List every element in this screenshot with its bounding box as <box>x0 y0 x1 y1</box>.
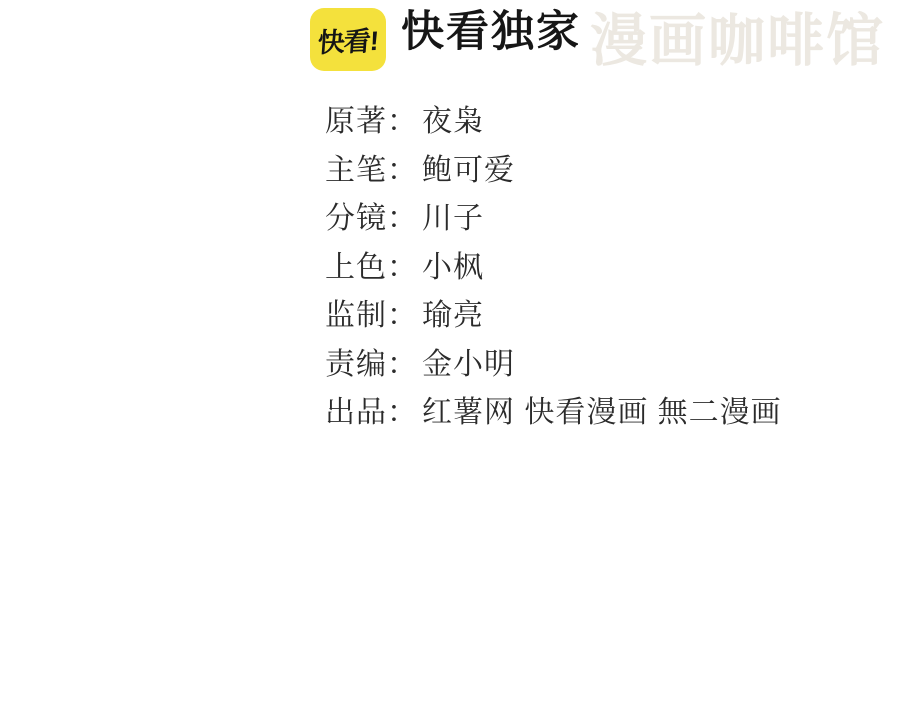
credit-name-value: 瑜亮 <box>422 299 484 332</box>
credit-name-value: 夜枭 <box>422 105 484 138</box>
kuaikan-app-logo: 快看! <box>310 8 386 71</box>
credit-name-value: 金小明 <box>422 348 515 381</box>
credits-list: 原著：夜枭 主笔：鲍可爱 分镜：川子 上色：小枫 监制：瑜亮 责编：金小明 <box>325 98 782 438</box>
credit-row: 监制：瑜亮 <box>325 292 782 341</box>
credit-role-label: 责编 <box>325 348 387 381</box>
credit-role-label: 出品 <box>325 396 387 429</box>
credit-colon: ： <box>387 251 418 284</box>
credit-row: 主笔：鲍可爱 <box>325 147 782 196</box>
credit-name-value: 川子 <box>422 202 484 235</box>
credit-row: 出品：红薯网 快看漫画 無二漫画 <box>325 389 782 438</box>
credit-colon: ： <box>387 154 418 187</box>
credit-role-label: 主笔 <box>325 154 387 187</box>
credit-row: 分镜：川子 <box>325 195 782 244</box>
credit-name-value: 鲍可爱 <box>422 154 515 187</box>
credit-name-value: 小枫 <box>422 251 484 284</box>
credit-colon: ： <box>387 396 418 429</box>
comic-credits-page: 快看! 快看独家 漫画咖啡馆 原著：夜枭 主笔：鲍可爱 分镜：川子 上色：小枫 … <box>0 0 900 702</box>
credit-role-label: 上色 <box>325 251 387 284</box>
credit-colon: ： <box>387 202 418 235</box>
credit-row: 上色：小枫 <box>325 244 782 293</box>
credit-role-label: 分镜 <box>325 202 387 235</box>
credit-row: 原著：夜枭 <box>325 98 782 147</box>
comic-title-watermark: 漫画咖啡馆 <box>590 11 885 71</box>
credit-colon: ： <box>387 105 418 138</box>
credit-name-value: 红薯网 快看漫画 無二漫画 <box>422 396 782 429</box>
page-title: 快看独家 <box>401 9 581 55</box>
credit-colon: ： <box>387 348 418 381</box>
credit-colon: ： <box>387 299 418 332</box>
credit-row: 责编：金小明 <box>325 341 782 390</box>
credit-role-label: 监制 <box>325 299 387 332</box>
credit-role-label: 原著 <box>325 105 387 138</box>
kuaikan-logo-text: 快看! <box>317 19 380 60</box>
